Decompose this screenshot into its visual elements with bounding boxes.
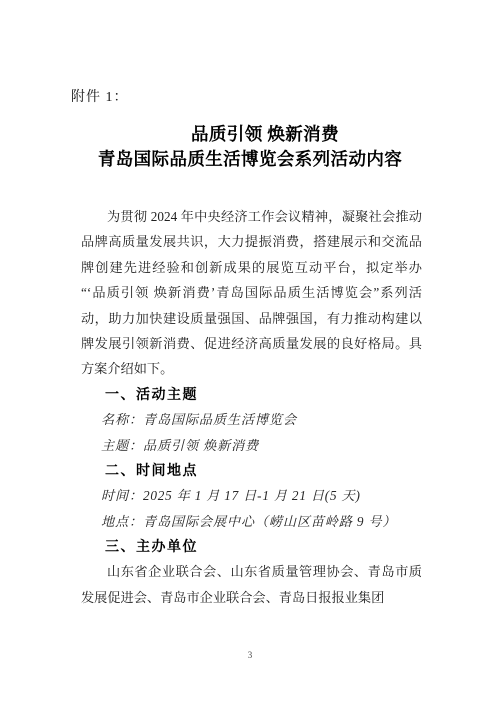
attachment-label: 附件 1： [71, 86, 129, 106]
document-body: 为贯彻 2024 年中央经济工作会议精神，凝聚社会推动 品牌高质量发展共识，大力… [81, 204, 422, 610]
title-line-2: 青岛国际品质生活博览会系列活动内容 [0, 147, 500, 172]
expo-theme-line: 主题：品质引领 焕新消费 [81, 433, 422, 458]
organizer-line: 山东省企业联合会、山东省质量管理协会、青岛市质量 [81, 559, 422, 584]
intro-line: 为贯彻 2024 年中央经济工作会议精神，凝聚社会推动 [81, 204, 422, 229]
section-2-heading: 二、时间地点 [81, 458, 422, 483]
document-page: 附件 1： 品质引领 焕新消费 青岛国际品质生活博览会系列活动内容 为贯彻 20… [0, 0, 500, 707]
title-line-1: 品质引领 焕新消费 [0, 122, 500, 147]
document-title: 品质引领 焕新消费 青岛国际品质生活博览会系列活动内容 [0, 122, 500, 172]
organizer-line: 发展促进会、青岛市企业联合会、青岛日报报业集团 [81, 585, 422, 610]
event-venue-line: 地点：青岛国际会展中心（崂山区苗岭路 9 号） [81, 509, 422, 534]
intro-line: 牌发展引领新消费、促进经济高质量发展的良好格局。具体 [81, 331, 422, 356]
intro-line: “‘品质引领 焕新消费’青岛国际品质生活博览会”系列活 [81, 280, 422, 305]
intro-line: 动，助力加快建设质量强国、品牌强国，有力推动构建以品 [81, 306, 422, 331]
event-time-line: 时间：2025 年 1 月 17 日-1 月 21 日(5 天) [81, 483, 422, 508]
intro-line: 品牌高质量发展共识，大力提振消费，搭建展示和交流品 [81, 229, 422, 254]
page-number: 3 [0, 650, 500, 660]
intro-line: 方案介绍如下。 [81, 356, 422, 381]
expo-name-line: 名称：青岛国际品质生活博览会 [81, 407, 422, 432]
intro-line: 牌创建先进经验和创新成果的展览互动平台，拟定举办 [81, 255, 422, 280]
section-3-heading: 三、主办单位 [81, 534, 422, 559]
section-1-heading: 一、活动主题 [81, 382, 422, 407]
